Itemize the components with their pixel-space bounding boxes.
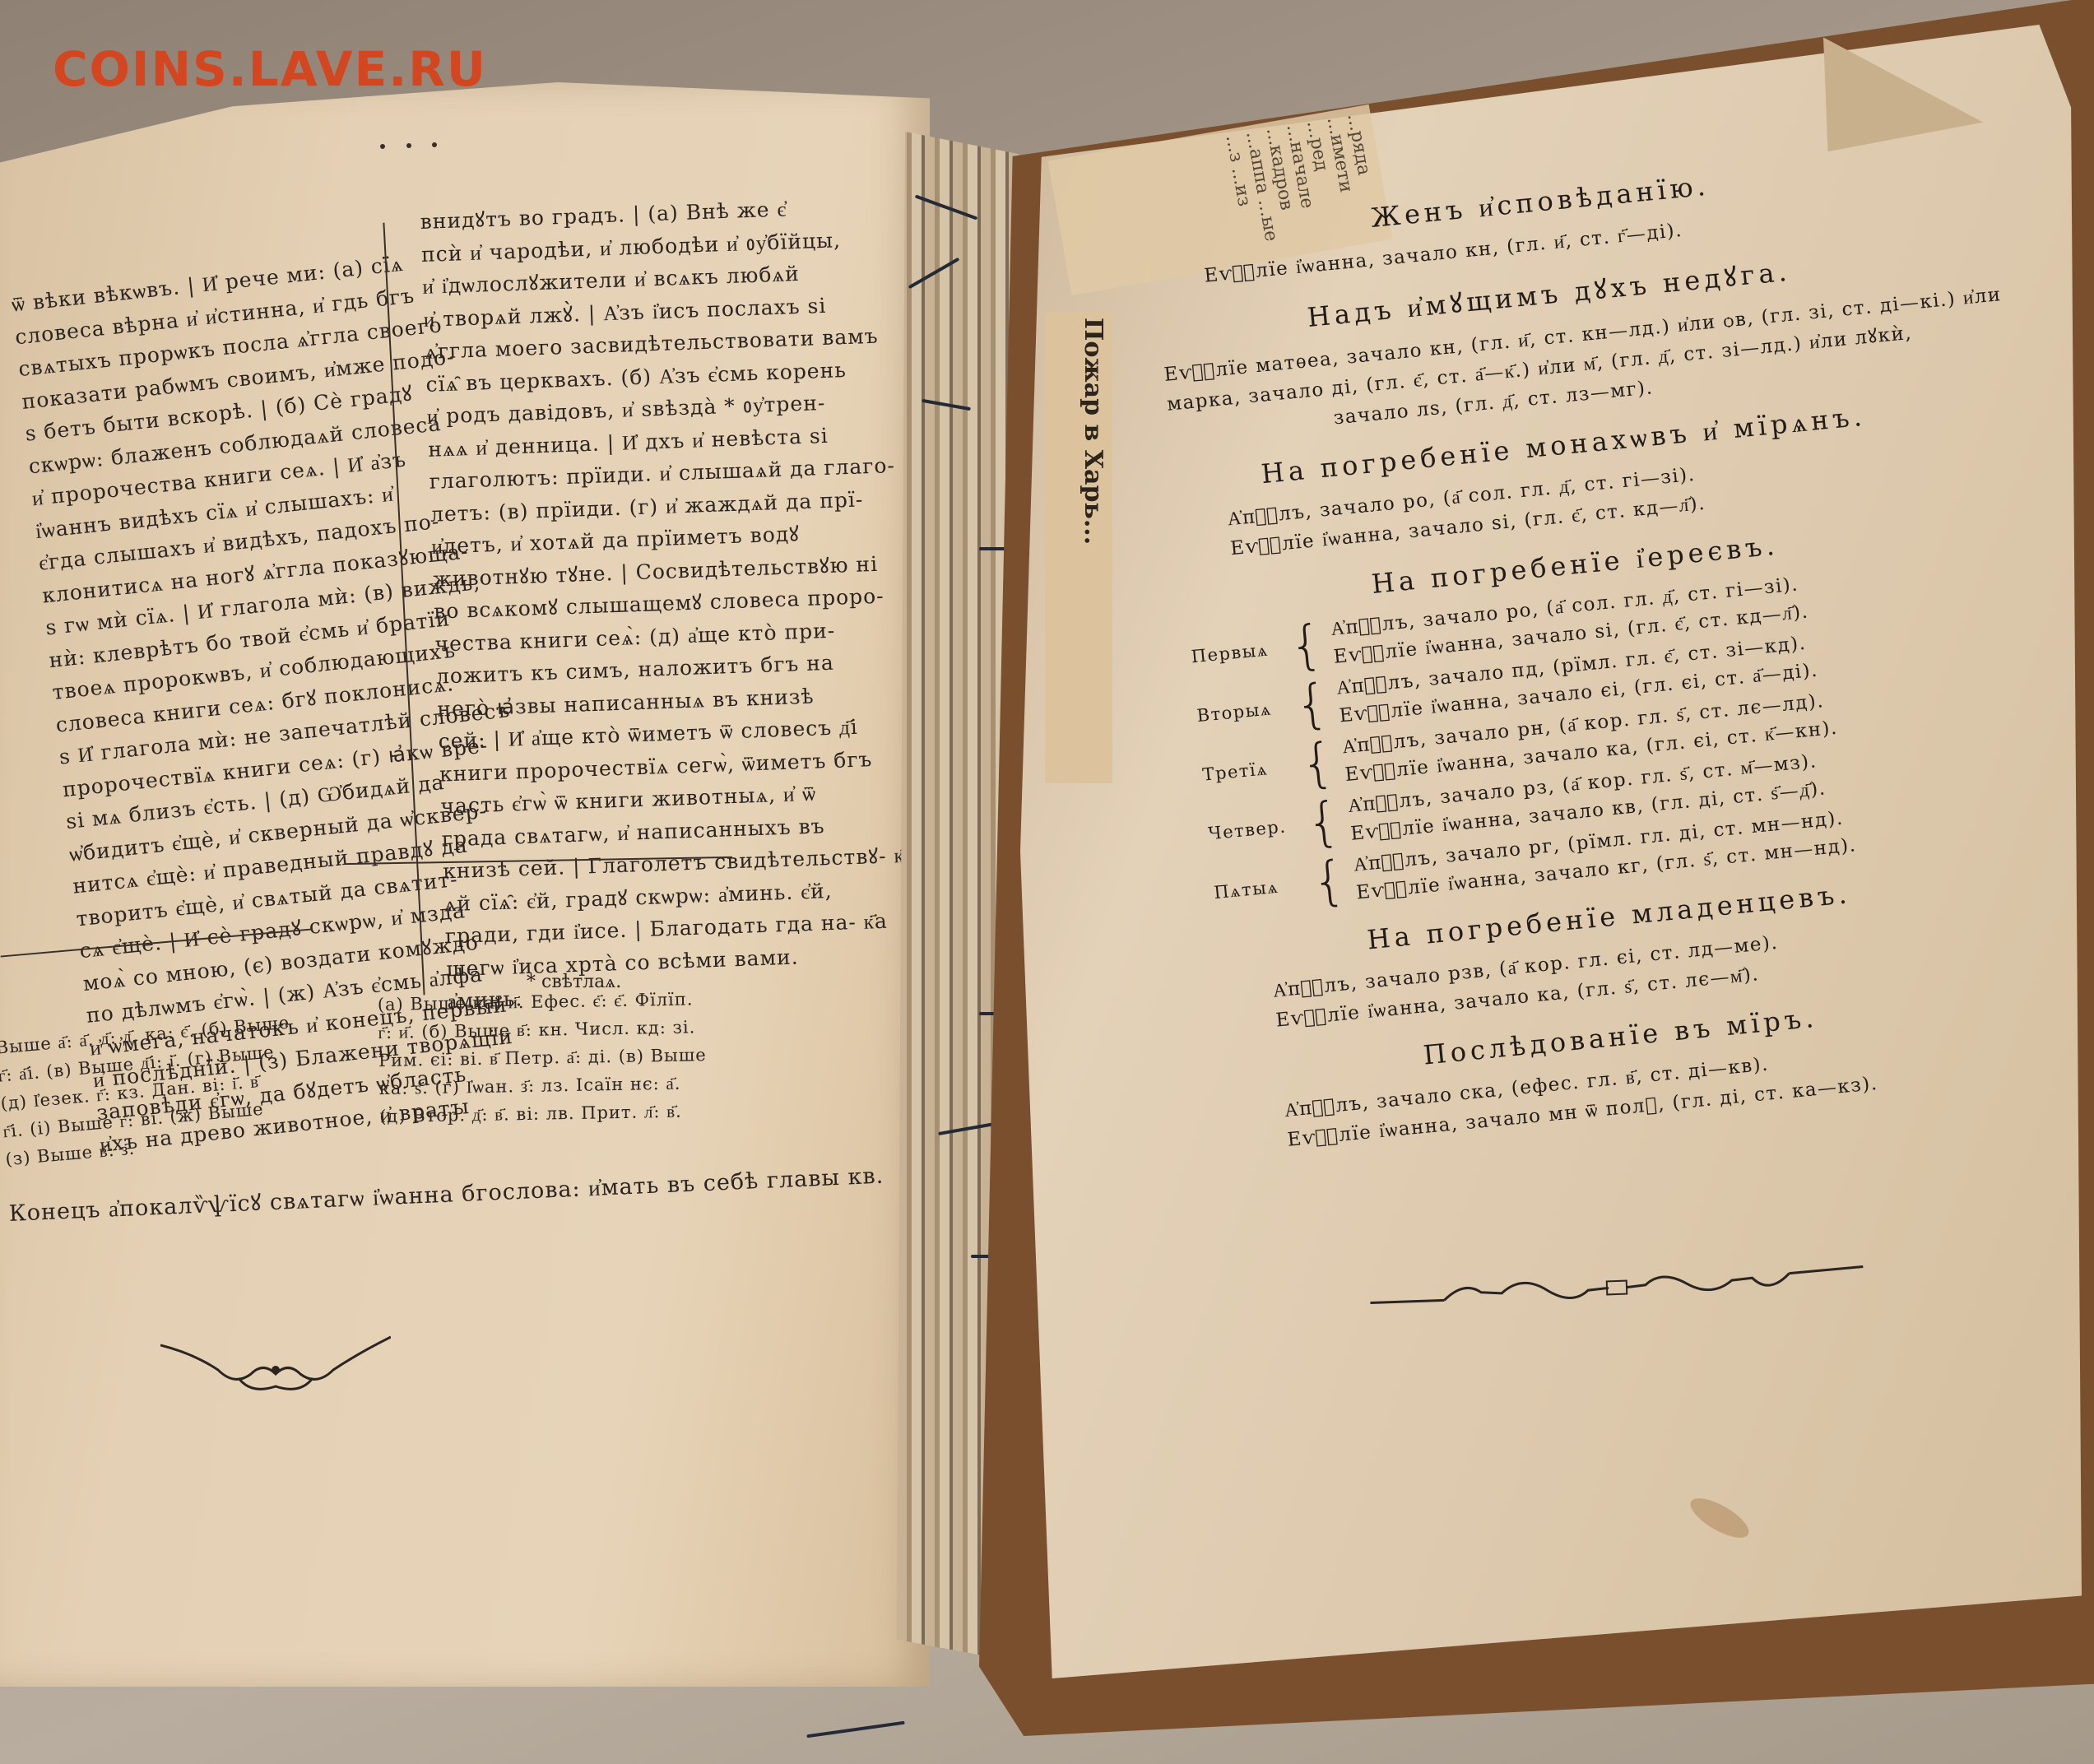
readings-table: Женъ и҆сповѣданїю. Еѵⷢ҇лїе і҆ѡанна, зача…	[1148, 131, 2017, 1160]
section-burial-priests: На погребенїе і҆ереєвъ. Первыѧ { А҆пⷭ҇лъ…	[1185, 512, 1995, 921]
reading-reference: (д) Втор. д҃: в҃. ві: лв. Прит. л҃: в҃.	[379, 1096, 767, 1130]
brace-icon: {	[1310, 854, 1349, 910]
watermark: COINS.LAVE.RU	[53, 41, 487, 97]
page-dot	[380, 144, 385, 149]
binding-thread	[806, 1721, 904, 1738]
book-end-note: Конецъ а҆покалѷѱїсꙋ свѧтагѡ і҆ѡанна бгос…	[8, 1159, 884, 1228]
brace-icon: {	[1298, 736, 1338, 791]
text-column-b: внидꙋтъ во градъ. | (а) Внѣ же є҆псѝ и҆ …	[420, 193, 793, 1018]
group-label: Четвер.	[1207, 815, 1307, 843]
page-dot	[432, 142, 437, 147]
page-dot	[406, 143, 411, 148]
newspaper-fragment-headline: Пожар в Харь...	[1045, 313, 1112, 783]
group-label: Вторыѧ	[1196, 696, 1297, 726]
group-label: Пѧтыѧ	[1213, 873, 1313, 903]
readings-column-b: (а) Выше ка: и҃. Ефес. є҃: є҃. Фїлїп.г҃:…	[378, 984, 767, 1130]
brace-icon: {	[1304, 795, 1344, 851]
brace-icon: {	[1293, 677, 1332, 733]
ornament-divider-icon	[1370, 1263, 1864, 1312]
group-label: Первыѧ	[1191, 638, 1291, 667]
left-page: ѿ вѣки вѣкѡвъ. | И҆ рече ми: (а) сїѧслов…	[0, 82, 930, 1687]
ornament-icon	[160, 1329, 391, 1395]
readings-column-a: Выше а҃: а҃. д҃: д҃. ка: є҃. (б) Вышег҃:…	[0, 1007, 318, 1173]
brace-icon: {	[1287, 618, 1326, 674]
group-label: Третїѧ	[1201, 755, 1302, 785]
